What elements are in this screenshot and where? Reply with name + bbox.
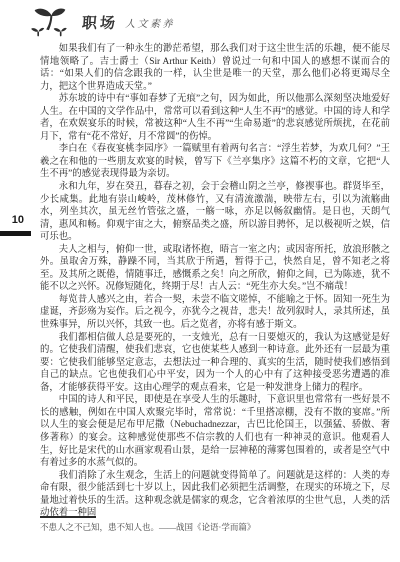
paragraph: 苏东坡的诗中有“事如春梦了无痕”之句，因为如此，所以他那么深刻坚决地爱好人生。在… xyxy=(40,93,390,143)
paragraph: 每览昔人感兴之由，若合一契，未尝不临文嗟悼，不能喻之于怀。固知一死生为虚诞，齐彭… xyxy=(40,294,390,332)
page-number: 10 xyxy=(0,214,30,226)
paragraph: 李白在《春夜宴桃李园序》一篇赋里有着两句名言：“浮生若梦，为欢几何？”王羲之在和… xyxy=(40,143,390,181)
body-text: 如果我们有了一种永生的渺茫希望，那么我们对于这尘世生活的乐趣，便不能尽情地领略了… xyxy=(40,43,390,520)
paragraph: 我们消除了永生观念，生活上的问题就变得简单了。问题就是这样的：人类的寿命有限，很… xyxy=(40,470,390,520)
footnote-rule xyxy=(40,516,96,518)
paragraph: 永和九年，岁在癸丑，暮春之初，会于会稽山阴之兰亭，修禊事也。群贤毕至，少长咸集。… xyxy=(40,181,390,244)
series-title-sub: 人文素养 xyxy=(125,15,175,30)
paragraph: 我们都相信做人总是要死的，一支烛光，总有一日要熄灭的，我认为这感觉是好的。它使我… xyxy=(40,332,390,395)
book-page: 职场 人文素养 10 如果我们有了一种永生的渺茫希望，那么我们对于这尘世生活的乐… xyxy=(0,0,400,562)
page-number-bar xyxy=(0,231,31,236)
sprout-logo-icon xyxy=(28,7,74,37)
paragraph: 中国的诗人和平民，即使是在享受人生的乐趣时，下意识里也常常有一些好景不长的感触，… xyxy=(40,394,390,469)
series-title-main: 职场 xyxy=(81,12,118,33)
paragraph: 如果我们有了一种永生的渺茫希望，那么我们对于这尘世生活的乐趣，便不能尽情地领略了… xyxy=(40,43,390,93)
paragraph: 夫人之相与，俯仰一世，或取诸怀抱，晤言一室之内；或因寄所托，放浪形骸之外。虽取舍… xyxy=(40,244,390,294)
footnote: 不患人之不己知，患不知人也。——战国《论语·学而篇》 xyxy=(40,522,380,533)
page-header: 职场 人文素养 xyxy=(28,6,175,38)
